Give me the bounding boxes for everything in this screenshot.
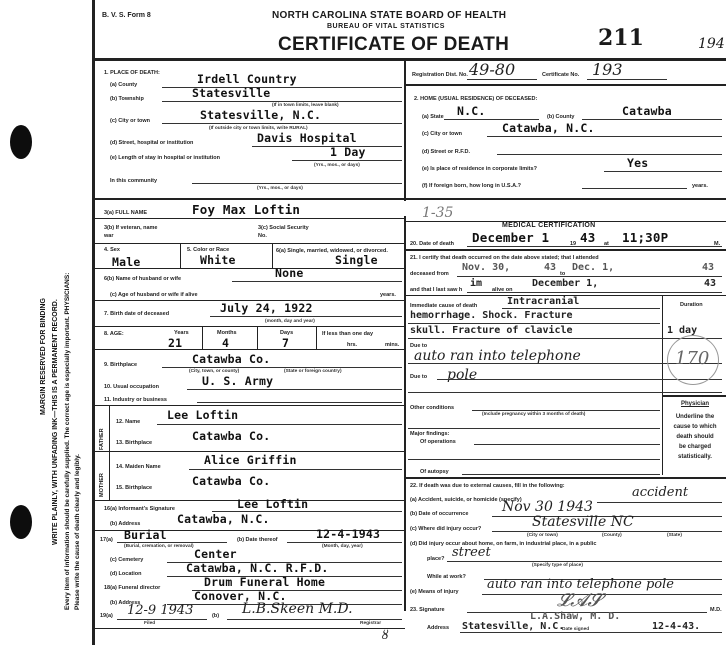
attended-to-year: 43 <box>702 262 714 273</box>
informant-sig-value: Lee Loftin <box>237 497 308 511</box>
place-label: (d) Did injury occur about home, on farm… <box>410 541 596 547</box>
binding-hole-top <box>10 125 32 159</box>
death-date-line <box>467 246 722 247</box>
pod-street-label: (d) Street, hospital or institution <box>110 140 193 146</box>
pod-county-label: (a) County <box>110 82 137 88</box>
other-conditions-label: Other conditions <box>410 405 454 411</box>
other-conditions-line <box>472 410 660 411</box>
bureau-name: BUREAU OF VITAL STATISTICS <box>327 23 445 30</box>
row-line-age <box>95 349 405 350</box>
attended-from-label: deceased from <box>410 271 449 277</box>
place-label-2: place? <box>427 556 444 562</box>
mother-birth-value: Catawba Co. <box>192 474 270 488</box>
veteran-label: 3(b) If veteran, name war <box>104 224 164 240</box>
birthplace-value: Catawba Co. <box>192 352 270 366</box>
filed-label: 19(a) <box>100 613 113 619</box>
occurrence-value: Nov 30 1943 <box>502 499 593 515</box>
birth-line <box>210 316 402 317</box>
spouse-value: None <box>275 266 304 280</box>
pod-township-value: Statesville <box>192 86 270 100</box>
row-line-birth <box>95 326 405 327</box>
pod-community-note: (Yrs., mos., or days) <box>257 186 303 191</box>
cause-line-1-rule <box>502 308 660 309</box>
birth-value: July 24, 1922 <box>220 301 313 315</box>
informant-address-label: (b) Address <box>110 521 140 527</box>
left-col-right-border <box>404 216 406 611</box>
industry-label: 11. Industry or business <box>104 397 167 403</box>
registrar-note: Registrar <box>360 621 381 626</box>
operations-line-2 <box>408 459 660 460</box>
physician-note-1: Underline the <box>665 412 725 422</box>
registration-divider <box>406 84 726 86</box>
spouse-label: 6(b) Name of husband or wife <box>104 276 181 282</box>
pod-stay-value: 1 Day <box>330 145 366 159</box>
director-label: 18(a) Funeral director <box>104 585 160 591</box>
burial-type-line <box>117 542 227 543</box>
cell-div-sex <box>180 243 181 268</box>
last-saw-line <box>467 292 722 293</box>
mother-birth-label: 15. Birthplace <box>116 485 152 491</box>
father-tag: FATHER <box>99 428 105 450</box>
certificate-no-value: 193 <box>592 60 623 79</box>
occupation-line <box>187 389 402 390</box>
burial-date-value: 12-4-1943 <box>316 527 380 541</box>
medical-annotation: 1-35 <box>422 205 453 221</box>
cell-div-race <box>272 243 273 268</box>
informant-sig-label: 16(a) Informant's Signature <box>104 506 175 512</box>
death-certificate-form: B. V. S. Form 8 NORTH CAROLINA STATE BOA… <box>92 0 726 645</box>
location-label: (d) Location <box>110 571 141 577</box>
informant-address-value: Catawba, N.C. <box>177 512 270 526</box>
row-line-father <box>95 451 405 452</box>
other-conditions-line-2 <box>408 428 660 429</box>
other-conditions-note: (Include pregnancy within 3 months of de… <box>482 412 585 417</box>
certificate-no-line <box>587 79 667 80</box>
pod-street-value: Davis Hospital <box>257 131 357 145</box>
spouse-age-label: (c) Age of husband or wife if alive <box>110 292 198 298</box>
physician-note-title: Physician <box>665 399 725 409</box>
res-foreign-label: (f) If foreign born, how long in U.S.A.? <box>422 183 521 189</box>
cause-line-1: Intracranial <box>507 296 579 307</box>
margin-instructions-text-2: Please write the cause of death clearly … <box>74 454 81 610</box>
bottom-mark: ȣ <box>382 628 389 642</box>
res-corporate-label: (e) Is place of residence in corporate l… <box>422 166 537 172</box>
address-line <box>460 632 722 633</box>
burial-date-note: (Month, day, year) <box>322 544 363 549</box>
other-top-line <box>408 392 722 393</box>
certify-text: 21. I certify that death occurred on the… <box>410 255 599 261</box>
where-value: Statesville NC <box>532 514 634 530</box>
cause-line-3-rule <box>408 338 722 339</box>
pod-city-value: Statesville, N.C. <box>200 108 321 122</box>
filed-value: 12-9 1943 <box>127 603 193 618</box>
res-foreign-line <box>582 188 687 189</box>
cause-line-2-rule <box>408 323 660 324</box>
pod-county-value: Irdell Country <box>197 72 297 86</box>
binding-margin: MARGIN RESERVED FOR BINDING WRITE PLAINL… <box>0 0 92 645</box>
margin-instructions-text: Every item of information should be care… <box>64 273 71 610</box>
father-name-line <box>157 424 402 425</box>
cemetery-label: (c) Cemetery <box>110 557 143 563</box>
external-heading: 22. If death was due to external causes,… <box>410 483 565 489</box>
residence-heading: 2. HOME (USUAL RESIDENCE) OF DECEASED: <box>414 96 537 102</box>
res-corporate-line <box>604 171 722 172</box>
burial-date-label: (b) Date thereof <box>237 537 278 543</box>
res-state-line <box>444 119 539 120</box>
cause-line-3: skull. Fracture of clavicle <box>410 325 573 336</box>
date-signed-value: 12-4-43. <box>652 621 700 632</box>
operations-label: Of operations <box>420 439 456 445</box>
father-name-value: Lee Loftin <box>167 408 238 422</box>
res-corporate-value: Yes <box>627 156 648 170</box>
res-street-line <box>497 154 722 155</box>
due-to-label-2: Due to <box>410 374 427 380</box>
pod-township-label: (b) Township <box>110 96 144 102</box>
place-note: (Specify type of place) <box>532 563 583 568</box>
means-label: (e) Means of injury <box>410 589 459 595</box>
attended-from-value: Nov. 30, <box>462 262 510 273</box>
last-saw-year: 43 <box>704 278 716 289</box>
cemetery-value: Center <box>194 547 237 561</box>
circled-code: 170 <box>675 348 709 369</box>
certificate-title: CERTIFICATE OF DEATH <box>278 34 509 56</box>
age-label: 8. AGE: <box>104 331 124 337</box>
column-divider-top <box>404 61 406 201</box>
burial-type-value: Burial <box>124 528 167 542</box>
registrar-line <box>227 619 402 620</box>
spouse-age-suffix: years. <box>380 292 396 298</box>
last-saw-label: and that I last saw h <box>410 287 462 293</box>
where-note-1: (City or town) <box>527 533 558 538</box>
registrar-signature: L.B.Skeen M.D. <box>242 601 353 617</box>
mins-label: mins. <box>385 342 399 348</box>
marital-value: Single <box>335 253 378 267</box>
res-city-label: (c) City or town <box>422 131 462 137</box>
form-left-border <box>92 0 95 645</box>
row-line-sex <box>95 268 405 269</box>
birth-note: (month, day and year) <box>265 319 315 324</box>
pod-stay-label: (e) Length of stay in hospital or instit… <box>110 155 220 161</box>
father-birth-value: Catawba Co. <box>192 429 270 443</box>
binding-hole-bottom <box>10 505 32 539</box>
external-top-divider <box>406 477 726 479</box>
last-saw-him: im <box>470 278 482 289</box>
attended-line <box>457 276 722 277</box>
duration-col-divider <box>662 295 663 475</box>
signature-label: 23. Signature <box>410 607 445 613</box>
place-of-death-heading: 1. PLACE OF DEATH: <box>104 70 160 76</box>
res-city-line <box>487 136 722 137</box>
due-to-value-2: pole <box>447 367 477 383</box>
physician-signature: 𝓛𝓐𝓢 <box>557 590 601 611</box>
res-state-label: (a) State <box>422 114 444 120</box>
attended-to-value: Dec. 1, <box>572 262 614 273</box>
mother-name-value: Alice Griffin <box>204 453 297 467</box>
mother-name-label: 14. Maiden Name <box>116 464 161 470</box>
where-note-3: (State) <box>667 533 682 538</box>
cell-div-months <box>257 326 258 349</box>
registration-dist-line <box>467 79 537 80</box>
registrar-label: (b) <box>212 613 219 619</box>
duration-label: Duration <box>680 302 703 308</box>
form-id: B. V. S. Form 8 <box>102 12 151 19</box>
occupation-value: U. S. Army <box>202 374 273 388</box>
filed-line <box>117 619 207 620</box>
accident-value: accident <box>632 485 688 500</box>
res-county-label: (b) County <box>547 114 575 120</box>
pod-township-line <box>162 101 402 102</box>
row-line-veteran <box>95 243 405 244</box>
birth-label: 7. Birth date of deceased <box>104 311 169 317</box>
major-findings-label: Major findings: <box>410 431 449 437</box>
industry-line <box>197 402 402 403</box>
section-divider-1 <box>95 198 726 200</box>
death-time-value: 11;30P <box>622 230 668 245</box>
age-months-value: 4 <box>222 336 229 350</box>
row-line-industry <box>95 405 405 406</box>
registration-dist-label: Registration Dist. No. <box>412 72 468 78</box>
autopsy-line <box>462 474 660 475</box>
attended-from-year: 43 <box>544 262 556 273</box>
autopsy-label: Of autopsy <box>420 469 449 475</box>
res-foreign-suffix: years. <box>692 183 708 189</box>
margin-write-plainly-text: WRITE PLAINLY, WITH UNFADING INK—THIS IS… <box>52 299 59 545</box>
director-value: Drum Funeral Home <box>204 575 325 589</box>
means-line <box>482 594 722 595</box>
death-date-label: 20. Date of death <box>410 241 454 247</box>
death-date-divider <box>406 249 726 251</box>
burial-type-note: (Burial, cremation, or removal) <box>124 544 194 549</box>
physician-note-5: statistically. <box>665 452 725 462</box>
signature-address-value: Statesville, N.C. <box>462 621 564 632</box>
hrs-label: hrs. <box>347 342 357 348</box>
res-city-value: Catawba, N.C. <box>502 121 595 135</box>
where-line <box>492 531 722 532</box>
sex-value: Male <box>112 255 141 269</box>
stamp-number: 211 <box>598 25 644 51</box>
registration-dist-value: 49-80 <box>469 60 515 79</box>
burial-date-line <box>287 542 402 543</box>
physician-note-4: be charged <box>665 442 725 452</box>
physician-note-2: cause to which <box>665 422 725 432</box>
where-label: (c) Where did injury occur? <box>410 526 481 532</box>
full-name-value: Foy Max Loftin <box>192 202 300 217</box>
occupation-label: 10. Usual occupation <box>104 384 159 390</box>
pod-stay-note: (Yrs., mos., or days) <box>314 163 360 168</box>
margin-reserved-text: MARGIN RESERVED FOR BINDING <box>40 298 47 415</box>
place-line <box>447 561 722 562</box>
birthplace-line <box>162 367 402 368</box>
parents-tag-divider <box>109 405 110 500</box>
burial-type-label: 17(a) <box>100 537 113 543</box>
pod-community-line <box>192 183 402 184</box>
death-date-value: December 1 <box>472 230 549 245</box>
signature-suffix: M.D. <box>710 607 722 613</box>
form-bottom-border <box>95 628 405 629</box>
spouse-line <box>232 281 402 282</box>
mother-name-line <box>189 469 402 470</box>
cause-label: Immediate cause of death <box>410 303 477 309</box>
race-value: White <box>200 253 236 267</box>
occurrence-label: (b) Date of occurrence <box>410 511 468 517</box>
ssn-label: 3(c) Social Security No. <box>258 224 318 240</box>
res-state-value: N.C. <box>457 104 486 118</box>
pod-city-line <box>162 123 402 124</box>
where-note-2: (County) <box>602 533 622 538</box>
handwritten-number: 194 <box>698 36 725 52</box>
physician-note-3: death should <box>665 432 725 442</box>
pod-stay-line <box>292 160 402 161</box>
last-saw-date: December 1, <box>532 278 598 289</box>
filed-note: Filed <box>144 621 155 626</box>
father-birth-label: 13. Birthplace <box>116 440 152 446</box>
res-county-value: Catawba <box>622 104 672 118</box>
medical-heading: MEDICAL CERTIFICATION <box>502 222 596 229</box>
full-name-label: 3(a) FULL NAME <box>104 210 147 216</box>
father-name-label: 12. Name <box>116 419 140 425</box>
birthplace-note-2: (State or foreign country) <box>284 369 342 374</box>
location-value: Catawba, N.C. R.F.D. <box>186 561 328 575</box>
physician-note-divider <box>662 395 726 397</box>
cause-line-2: hemorrhage. Shock. Fracture <box>410 310 573 321</box>
age-years-value: 21 <box>168 336 182 350</box>
signature-address-label: Address <box>427 625 449 631</box>
pod-street-line <box>252 146 402 147</box>
work-label: While at work? <box>427 574 466 580</box>
place-value: street <box>452 545 491 560</box>
certificate-no-label: Certificate No. <box>542 72 579 78</box>
death-year-value: 43 <box>580 230 595 245</box>
pod-community-label: In this community <box>110 178 157 184</box>
cell-div-years <box>202 326 203 349</box>
res-county-line <box>582 119 722 120</box>
pod-city-label: (c) City or town <box>110 118 150 124</box>
birthplace-label: 9. Birthplace <box>104 362 137 368</box>
sex-label: 4. Sex <box>104 247 120 253</box>
accident-line <box>597 502 722 503</box>
cell-div-days <box>316 326 317 349</box>
board-name: NORTH CAROLINA STATE BOARD OF HEALTH <box>272 10 506 21</box>
less-day-label: If less than one day <box>322 331 373 337</box>
res-street-label: (d) Street or R.F.D. <box>422 149 470 155</box>
mother-tag: MOTHER <box>99 473 105 497</box>
header-divider <box>95 58 726 61</box>
age-days-value: 7 <box>282 336 289 350</box>
due-to-value-1: auto ran into telephone <box>414 348 581 364</box>
operations-line <box>474 444 660 445</box>
row-line-name <box>95 218 405 219</box>
